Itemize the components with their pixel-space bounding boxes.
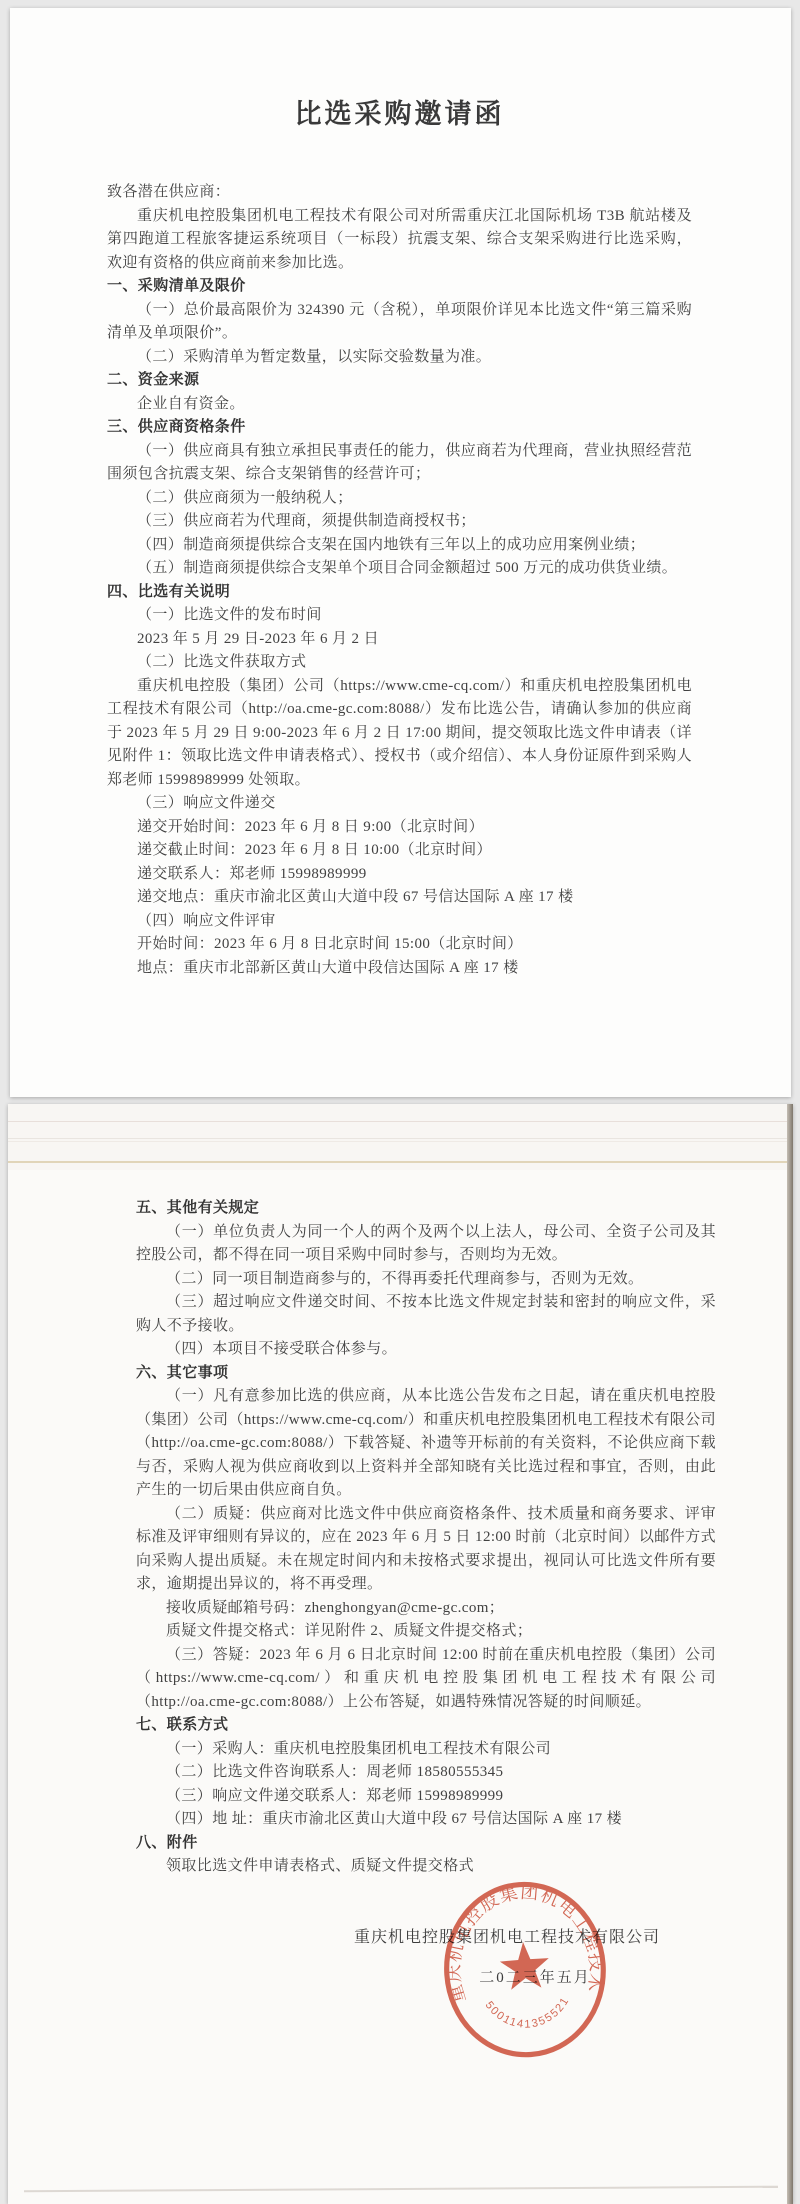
section-heading: 三、供应商资格条件 bbox=[107, 416, 692, 440]
stamp-number-container: 5001141355521 bbox=[482, 1994, 573, 2034]
section-heading: 八、附件 bbox=[136, 1832, 716, 1856]
section-item: 重庆机电控股（集团）公司（https://www.cme-cq.com/）和重庆… bbox=[107, 675, 692, 793]
scan-artifact-line bbox=[24, 2186, 778, 2193]
section-item: 接收质疑邮箱号码：zhenghongyan@cme-gc.com； bbox=[136, 1597, 716, 1621]
section-item: （四）制造商须提供综合支架在国内地铁有三年以上的成功应用案例业绩； bbox=[107, 534, 692, 558]
section-item: （二）同一项目制造商参与的，不得再委托代理商参与，否则为无效。 bbox=[136, 1268, 716, 1292]
section-item: 地点：重庆市北部新区黄山大道中段信达国际 A 座 17 楼 bbox=[107, 957, 692, 981]
star-icon bbox=[499, 1940, 551, 1990]
section-item: （四）响应文件评审 bbox=[107, 910, 692, 934]
page-2-content: 五、其他有关规定 （一）单位负责人为同一个人的两个及两个以上法人，母公司、全资子… bbox=[136, 1197, 716, 1879]
section-item: 递交联系人：郑老师 15998989999 bbox=[107, 863, 692, 887]
section-item: （一）总价最高限价为 324390 元（含税），单项限价详见本比选文件“第三篇采… bbox=[107, 299, 692, 346]
section-item: （三）超过响应文件递交时间、不按本比选文件规定封装和密封的响应文件，采购人不予接… bbox=[136, 1291, 716, 1338]
section-item: （三）答疑：2023 年 6 月 6 日北京时间 12:00 时前在重庆机电控股… bbox=[136, 1644, 716, 1715]
section-item: （五）制造商须提供综合支架单个项目合同金额超过 500 万元的成功供货业绩。 bbox=[107, 557, 692, 581]
company-seal-stamp: 重庆机电控股集团机电工程技术有限公司 5001141355521 bbox=[433, 1870, 618, 2070]
section-item: （一）供应商具有独立承担民事责任的能力，供应商若为代理商，营业执照经营范围须包含… bbox=[107, 440, 692, 487]
section-item: 开始时间：2023 年 6 月 8 日北京时间 15:00（北京时间） bbox=[107, 933, 692, 957]
scanned-page-2: 五、其他有关规定 （一）单位负责人为同一个人的两个及两个以上法人，母公司、全资子… bbox=[8, 1104, 793, 2204]
section-item: （四）本项目不接受联合体参与。 bbox=[136, 1338, 716, 1362]
section-item: （一）单位负责人为同一个人的两个及两个以上法人，母公司、全资子公司及其控股公司，… bbox=[136, 1221, 716, 1268]
section-item: 2023 年 5 月 29 日-2023 年 6 月 2 日 bbox=[107, 628, 692, 652]
section-item: 企业自有资金。 bbox=[107, 393, 692, 417]
scan-tint-strip bbox=[8, 1104, 793, 1170]
section-item: （四）地 址：重庆市渝北区黄山大道中段 67 号信达国际 A 座 17 楼 bbox=[136, 1808, 716, 1832]
section-item: （一）采购人：重庆机电控股集团机电工程技术有限公司 bbox=[136, 1738, 716, 1762]
section-item: （一）凡有意参加比选的供应商，从本比选公告发布之日起，请在重庆机电控股（集团）公… bbox=[136, 1385, 716, 1503]
section-item: （三）响应文件递交联系人：郑老师 15998989999 bbox=[136, 1785, 716, 1809]
stamp-ring-text-container: 重庆机电控股集团机电工程技术有限公司 bbox=[433, 1870, 609, 2006]
section-item: 递交截止时间：2023 年 6 月 8 日 10:00（北京时间） bbox=[107, 839, 692, 863]
section-heading: 一、采购清单及限价 bbox=[107, 275, 692, 299]
section-item: （二）采购清单为暂定数量，以实际交验数量为准。 bbox=[107, 346, 692, 370]
section-heading: 七、联系方式 bbox=[136, 1714, 716, 1738]
stamp-number: 5001141355521 bbox=[482, 1994, 573, 2034]
section-item: 递交地点：重庆市渝北区黄山大道中段 67 号信达国际 A 座 17 楼 bbox=[107, 886, 692, 910]
section-item: （二）比选文件咨询联系人：周老师 18580555345 bbox=[136, 1761, 716, 1785]
section-heading: 二、资金来源 bbox=[107, 369, 692, 393]
section-item: 领取比选文件申请表格式、质疑文件提交格式 bbox=[136, 1855, 716, 1879]
salutation-line: 致各潜在供应商： bbox=[107, 181, 692, 205]
document-title: 比选采购邀请函 bbox=[107, 92, 692, 131]
page-1-content: 比选采购邀请函 致各潜在供应商： 重庆机电控股集团机电工程技术有限公司对所需重庆… bbox=[107, 8, 692, 980]
section-item: 递交开始时间：2023 年 6 月 8 日 9:00（北京时间） bbox=[107, 816, 692, 840]
intro-paragraph: 重庆机电控股集团机电工程技术有限公司对所需重庆江北国际机场 T3B 航站楼及第四… bbox=[107, 205, 692, 276]
section-item: （二）比选文件获取方式 bbox=[107, 651, 692, 675]
stamp-ring-text: 重庆机电控股集团机电工程技术有限公司 bbox=[433, 1870, 609, 2006]
section-heading: 六、其它事项 bbox=[136, 1362, 716, 1386]
section-heading: 五、其他有关规定 bbox=[136, 1197, 716, 1221]
section-item: （二）供应商须为一般纳税人； bbox=[107, 487, 692, 511]
scanned-page-1: 比选采购邀请函 致各潜在供应商： 重庆机电控股集团机电工程技术有限公司对所需重庆… bbox=[10, 8, 791, 1097]
section-item: （三）响应文件递交 bbox=[107, 792, 692, 816]
section-item: 质疑文件提交格式：详见附件 2、质疑文件提交格式； bbox=[136, 1620, 716, 1644]
section-item: （二）质疑：供应商对比选文件中供应商资格条件、技术质量和商务要求、评审标准及评审… bbox=[136, 1503, 716, 1597]
section-item: （三）供应商若为代理商，须提供制造商授权书； bbox=[107, 510, 692, 534]
section-heading: 四、比选有关说明 bbox=[107, 581, 692, 605]
section-item: （一）比选文件的发布时间 bbox=[107, 604, 692, 628]
scan-edge-shadow bbox=[787, 1104, 793, 2204]
